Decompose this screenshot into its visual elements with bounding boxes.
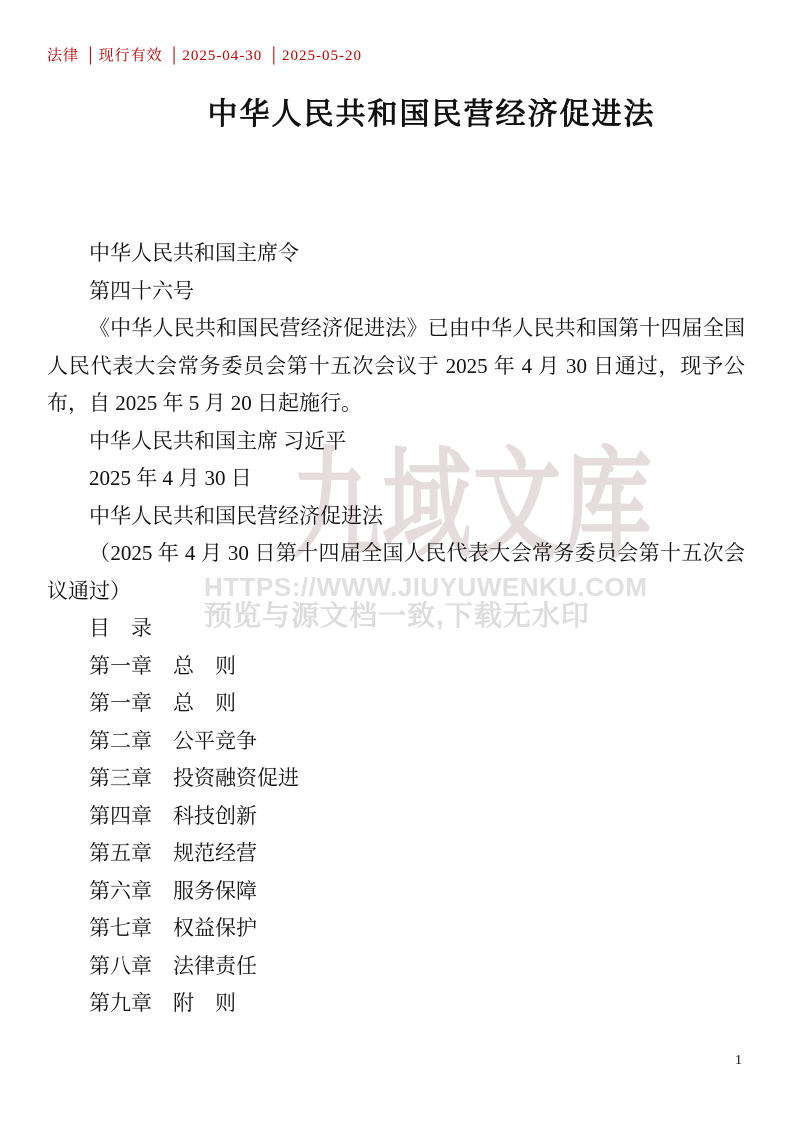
- status-publish-date: 2025-04-30: [182, 48, 262, 64]
- toc-item-10: 第九章 附 则: [47, 985, 745, 1023]
- toc-item-6: 第五章 规范经营: [47, 835, 745, 873]
- toc-item-1: 第一章 总 则: [47, 648, 745, 686]
- status-separator: │: [169, 48, 181, 64]
- status-effective-date: 2025-05-20: [282, 48, 362, 64]
- page-number: 1: [735, 1052, 742, 1070]
- signature-date: 2025 年 4 月 30 日: [47, 460, 745, 498]
- status-separator: │: [85, 48, 97, 64]
- status-category-label: 法律: [47, 48, 79, 64]
- promulgation-paragraph: 《中华人民共和国民营经济促进法》已由中华人民共和国第十四届全国人民代表大会常务委…: [47, 310, 745, 423]
- toc-heading: 目 录: [47, 610, 745, 648]
- toc-item-9: 第八章 法律责任: [47, 948, 745, 986]
- document-body: 中华人民共和国主席令 第四十六号 《中华人民共和国民营经济促进法》已由中华人民共…: [47, 235, 745, 1023]
- toc-item-5: 第四章 科技创新: [47, 798, 745, 836]
- status-validity-label: 现行有效: [99, 48, 163, 64]
- adoption-note: （2025 年 4 月 30 日第十四届全国人民代表大会常务委员会第十五次会议通…: [47, 535, 745, 610]
- status-separator: │: [268, 48, 280, 64]
- document-page: 九域文库 HTTPS://WWW.JIUYUWENKU.COM 预览与源文档一致…: [0, 0, 793, 1122]
- president-signature: 中华人民共和国主席 习近平: [47, 423, 745, 461]
- law-title-inline: 中华人民共和国民营经济促进法: [47, 498, 745, 536]
- presidential-order-heading: 中华人民共和国主席令: [47, 235, 745, 273]
- status-bar: 法律│现行有效│2025-04-30│2025-05-20: [47, 45, 362, 67]
- order-number: 第四十六号: [47, 273, 745, 311]
- toc-item-2: 第一章 总 则: [47, 685, 745, 723]
- document-content: 法律│现行有效│2025-04-30│2025-05-20 中华人民共和国民营经…: [0, 0, 793, 1122]
- toc-item-3: 第二章 公平竞争: [47, 723, 745, 761]
- page-title: 中华人民共和国民营经济促进法: [70, 94, 793, 136]
- toc-item-8: 第七章 权益保护: [47, 910, 745, 948]
- toc-item-4: 第三章 投资融资促进: [47, 760, 745, 798]
- toc-item-7: 第六章 服务保障: [47, 873, 745, 911]
